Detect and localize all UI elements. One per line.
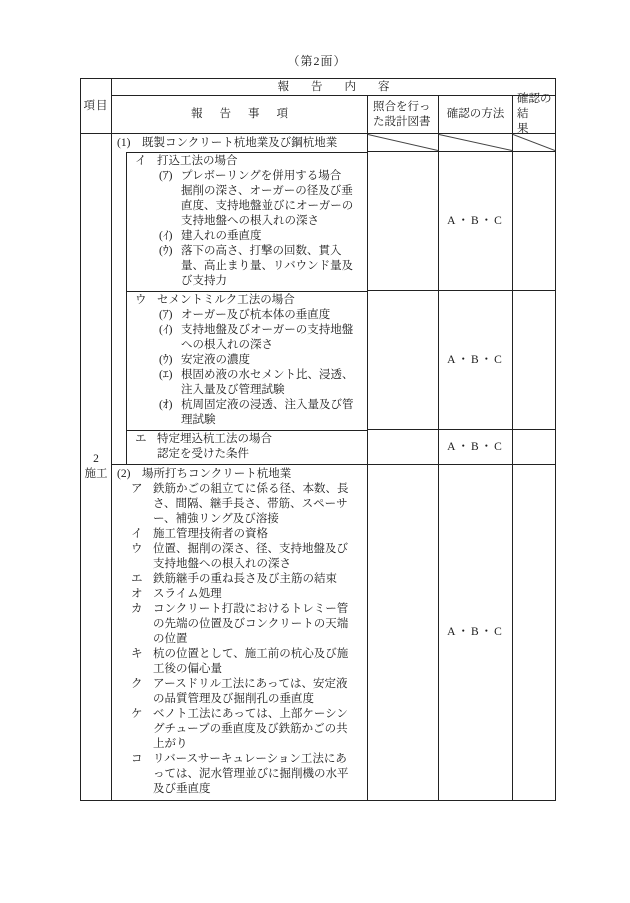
block-cement-milk-items: ウセメントミルク工法の場合(ｱ)オーガー及び杭本体の垂直度(ｲ)支持地盤及びオー… — [126, 291, 367, 430]
item-marker: イ — [131, 527, 153, 542]
block-cement-milk-cell: ウセメントミルク工法の場合(ｱ)オーガー及び杭本体の垂直度(ｲ)支持地盤及びオー… — [112, 291, 368, 430]
report-item-line: オスライム処理 — [112, 587, 357, 602]
row2-drawings-cell — [368, 465, 439, 800]
header-collated-drawings: 照合を行っ た設計図書 — [368, 96, 439, 134]
item-text: プレボーリングを併用する場合 — [181, 169, 364, 184]
item-text: 建入れの垂直度 — [181, 229, 364, 244]
report-item-line: 掘削の深さ、オーガーの径及び垂直度、支持地盤並びにオーガーの支持地盤への根入れの… — [127, 184, 364, 229]
report-item-line: (ｲ)建入れの垂直度 — [127, 229, 364, 244]
item-text: オーガー及び杭本体の垂直度 — [181, 308, 364, 323]
header-report-content: 報告内容 — [112, 79, 555, 96]
item-text: ベノト工法にあっては、上部ケーシングチューブの垂直度及び鉄筋かごの共上がり — [153, 707, 357, 752]
header-confirmation-method: 確認の方法 — [439, 96, 513, 134]
header-confirmation-result-line1: 確認の — [517, 92, 555, 107]
report-item-line: ケベノト工法にあっては、上部ケーシングチューブの垂直度及び鉄筋かごの共上がり — [112, 707, 357, 752]
block-e-method-cell: A・B・C — [439, 430, 513, 465]
header-collated-drawings-line1: 照合を行っ — [373, 100, 438, 115]
report-item-line: 認定を受けた条件 — [127, 447, 364, 462]
item-text: 杭周固定液の浸透、注入量及び管理試験 — [181, 398, 364, 428]
sheet-number-title: （第2面） — [80, 54, 554, 69]
item-marker: コ — [131, 752, 153, 767]
item-marker: (ｲ) — [159, 229, 181, 244]
item-text: 掘削の深さ、オーガーの径及び垂直度、支持地盤並びにオーガーの支持地盤への根入れの… — [181, 184, 364, 229]
item-text: スライム処理 — [153, 587, 357, 602]
row1-result-cell-strikethrough — [513, 134, 555, 152]
report-item-line: イ打込工法の場合 — [127, 154, 364, 169]
block-i-drawings-cell — [368, 152, 439, 291]
row1-drawings-cell-strikethrough — [368, 134, 439, 152]
item-text: アースドリル工法にあっては、安定液の品質管理及び掘削孔の垂直度 — [153, 677, 357, 707]
item-text: 認定を受けた条件 — [157, 447, 364, 462]
item-marker: ク — [131, 677, 153, 692]
report-item-line: コリバースサーキュレーション工法にあっては、泥水管理並びに掘削機の水平及び垂直度 — [112, 752, 357, 797]
block-certified-pile-items: エ特定埋込杭工法の場合認定を受けた条件 — [126, 430, 367, 464]
report-item-line: ア鉄筋かごの組立てに係る径、本数、長さ、間隔、継手長さ、帯筋、スペーサー、補強リ… — [112, 482, 357, 527]
item-text: コンクリート打設におけるトレミー管の先端の位置及びコンクリートの天端の位置 — [153, 602, 357, 647]
block-driving-method-cell: イ打込工法の場合(ｱ)プレボーリングを併用する場合掘削の深さ、オーガーの径及び垂… — [112, 152, 368, 291]
row2-result-cell — [513, 465, 555, 800]
item-marker: ウ — [135, 293, 157, 308]
report-item-line: イ施工管理技術者の資格 — [112, 527, 357, 542]
item-text: 杭の位置として、施工前の杭心及び施工後の偏心量 — [153, 647, 357, 677]
header-report-matters-label: 報告事項 — [174, 107, 305, 122]
item-text: 特定埋込杭工法の場合 — [157, 432, 364, 447]
report-item-line: カコンクリート打設におけるトレミー管の先端の位置及びコンクリートの天端の位置 — [112, 602, 357, 647]
header-item-column: 項目 — [81, 79, 112, 134]
header-confirmation-result: 確認の 結果 — [513, 96, 555, 134]
report-item-line: エ特定埋込杭工法の場合 — [127, 432, 364, 447]
item-text: 落下の高さ、打撃の回数、貫入量、高止まり量、リバウンド量及び支持力 — [181, 244, 364, 289]
row-precast-pile-heading: (1)既製コンクリート杭地業及び鋼杭地業 — [112, 134, 368, 152]
report-item-line: (2)場所打ちコンクリート杭地業 — [112, 467, 357, 482]
item-marker: オ — [131, 587, 153, 602]
item-text: 既製コンクリート杭地業及び鋼杭地業 — [142, 136, 367, 151]
item-marker: (ｲ) — [159, 323, 181, 338]
header-confirmation-result-line2: 結果 — [517, 107, 555, 137]
block-u-drawings-cell — [368, 291, 439, 430]
block-i-method-cell: A・B・C — [439, 152, 513, 291]
row2-method-cell: A・B・C — [439, 465, 513, 800]
item-marker: (ｱ) — [159, 169, 181, 184]
item-marker: (2) — [117, 467, 142, 482]
report-item-line: (1)既製コンクリート杭地業及び鋼杭地業 — [112, 136, 367, 151]
item-marker: キ — [131, 647, 153, 662]
header-report-matters: 報告事項 — [112, 96, 368, 134]
block-u-method-cell: A・B・C — [439, 291, 513, 430]
header-collated-drawings-line2: た設計図書 — [373, 115, 438, 130]
item-marker: (ｱ) — [159, 308, 181, 323]
report-item-line: (ｱ)オーガー及び杭本体の垂直度 — [127, 308, 364, 323]
report-item-line: ウセメントミルク工法の場合 — [127, 293, 364, 308]
report-item-line: キ杭の位置として、施工前の杭心及び施工後の偏心量 — [112, 647, 357, 677]
row-cast-in-place-pile-items: (2)場所打ちコンクリート杭地業ア鉄筋かごの組立てに係る径、本数、長さ、間隔、継… — [112, 465, 368, 800]
report-item-line: (ｲ)支持地盤及びオーガーの支持地盤への根入れの深さ — [127, 323, 364, 353]
block-e-drawings-cell — [368, 430, 439, 465]
report-item-line: (ｳ)安定液の濃度 — [127, 353, 364, 368]
item-text: セメントミルク工法の場合 — [157, 293, 364, 308]
section-number: 2 — [93, 452, 99, 467]
report-item-line: エ鉄筋継手の重ね長さ及び主筋の結束 — [112, 572, 357, 587]
item-text: 施工管理技術者の資格 — [153, 527, 357, 542]
item-text: 根固め液の水セメント比、浸透、注入量及び管理試験 — [181, 368, 364, 398]
block-u-result-cell — [513, 291, 555, 430]
item-marker: (ｳ) — [159, 353, 181, 368]
row1-method-cell-strikethrough — [439, 134, 513, 152]
report-item-line: (ｵ)杭周固定液の浸透、注入量及び管理試験 — [127, 398, 364, 428]
item-text: 鉄筋継手の重ね長さ及び主筋の結束 — [153, 572, 357, 587]
item-marker: (ｴ) — [159, 368, 181, 383]
item-text: 支持地盤及びオーガーの支持地盤への根入れの深さ — [181, 323, 364, 353]
item-marker: ケ — [131, 707, 153, 722]
item-text: 場所打ちコンクリート杭地業 — [142, 467, 357, 482]
item-text: 打込工法の場合 — [157, 154, 364, 169]
block-driving-method-items: イ打込工法の場合(ｱ)プレボーリングを併用する場合掘削の深さ、オーガーの径及び垂… — [126, 152, 367, 291]
report-item-line: クアースドリル工法にあっては、安定液の品質管理及び掘削孔の垂直度 — [112, 677, 357, 707]
report-item-line: (ｴ)根固め液の水セメント比、浸透、注入量及び管理試験 — [127, 368, 364, 398]
section-label-cell: 2 施工 — [81, 134, 112, 800]
item-text: 位置、掘削の深さ、径、支持地盤及び支持地盤への根入れの深さ — [153, 542, 357, 572]
block-certified-pile-cell: エ特定埋込杭工法の場合認定を受けた条件 — [112, 430, 368, 465]
item-marker: エ — [135, 432, 157, 447]
report-item-line: (ｱ)プレボーリングを併用する場合 — [127, 169, 364, 184]
scanned-report-form-page: （第2面） 項目 報告内容 報告事項 照合を行っ た設計図書 確認の方法 確認の… — [0, 0, 630, 903]
item-marker: ウ — [131, 542, 153, 557]
item-text: 安定液の濃度 — [181, 353, 364, 368]
item-marker: ア — [131, 482, 153, 497]
item-marker: (ｵ) — [159, 398, 181, 413]
block-e-result-cell — [513, 430, 555, 465]
item-marker: イ — [135, 154, 157, 169]
report-item-line: (ｳ)落下の高さ、打撃の回数、貫入量、高止まり量、リバウンド量及び支持力 — [127, 244, 364, 289]
item-marker: (ｳ) — [159, 244, 181, 259]
item-text: リバースサーキュレーション工法にあっては、泥水管理並びに掘削機の水平及び垂直度 — [153, 752, 357, 797]
item-marker: カ — [131, 602, 153, 617]
section-name: 施工 — [85, 467, 108, 482]
report-content-table: 項目 報告内容 報告事項 照合を行っ た設計図書 確認の方法 確認の 結果 2 … — [80, 78, 556, 801]
report-item-line: ウ位置、掘削の深さ、径、支持地盤及び支持地盤への根入れの深さ — [112, 542, 357, 572]
item-marker: エ — [131, 572, 153, 587]
item-marker: (1) — [117, 136, 142, 151]
block-i-result-cell — [513, 152, 555, 291]
item-text: 鉄筋かごの組立てに係る径、本数、長さ、間隔、継手長さ、帯筋、スペーサー、補強リン… — [153, 482, 357, 527]
